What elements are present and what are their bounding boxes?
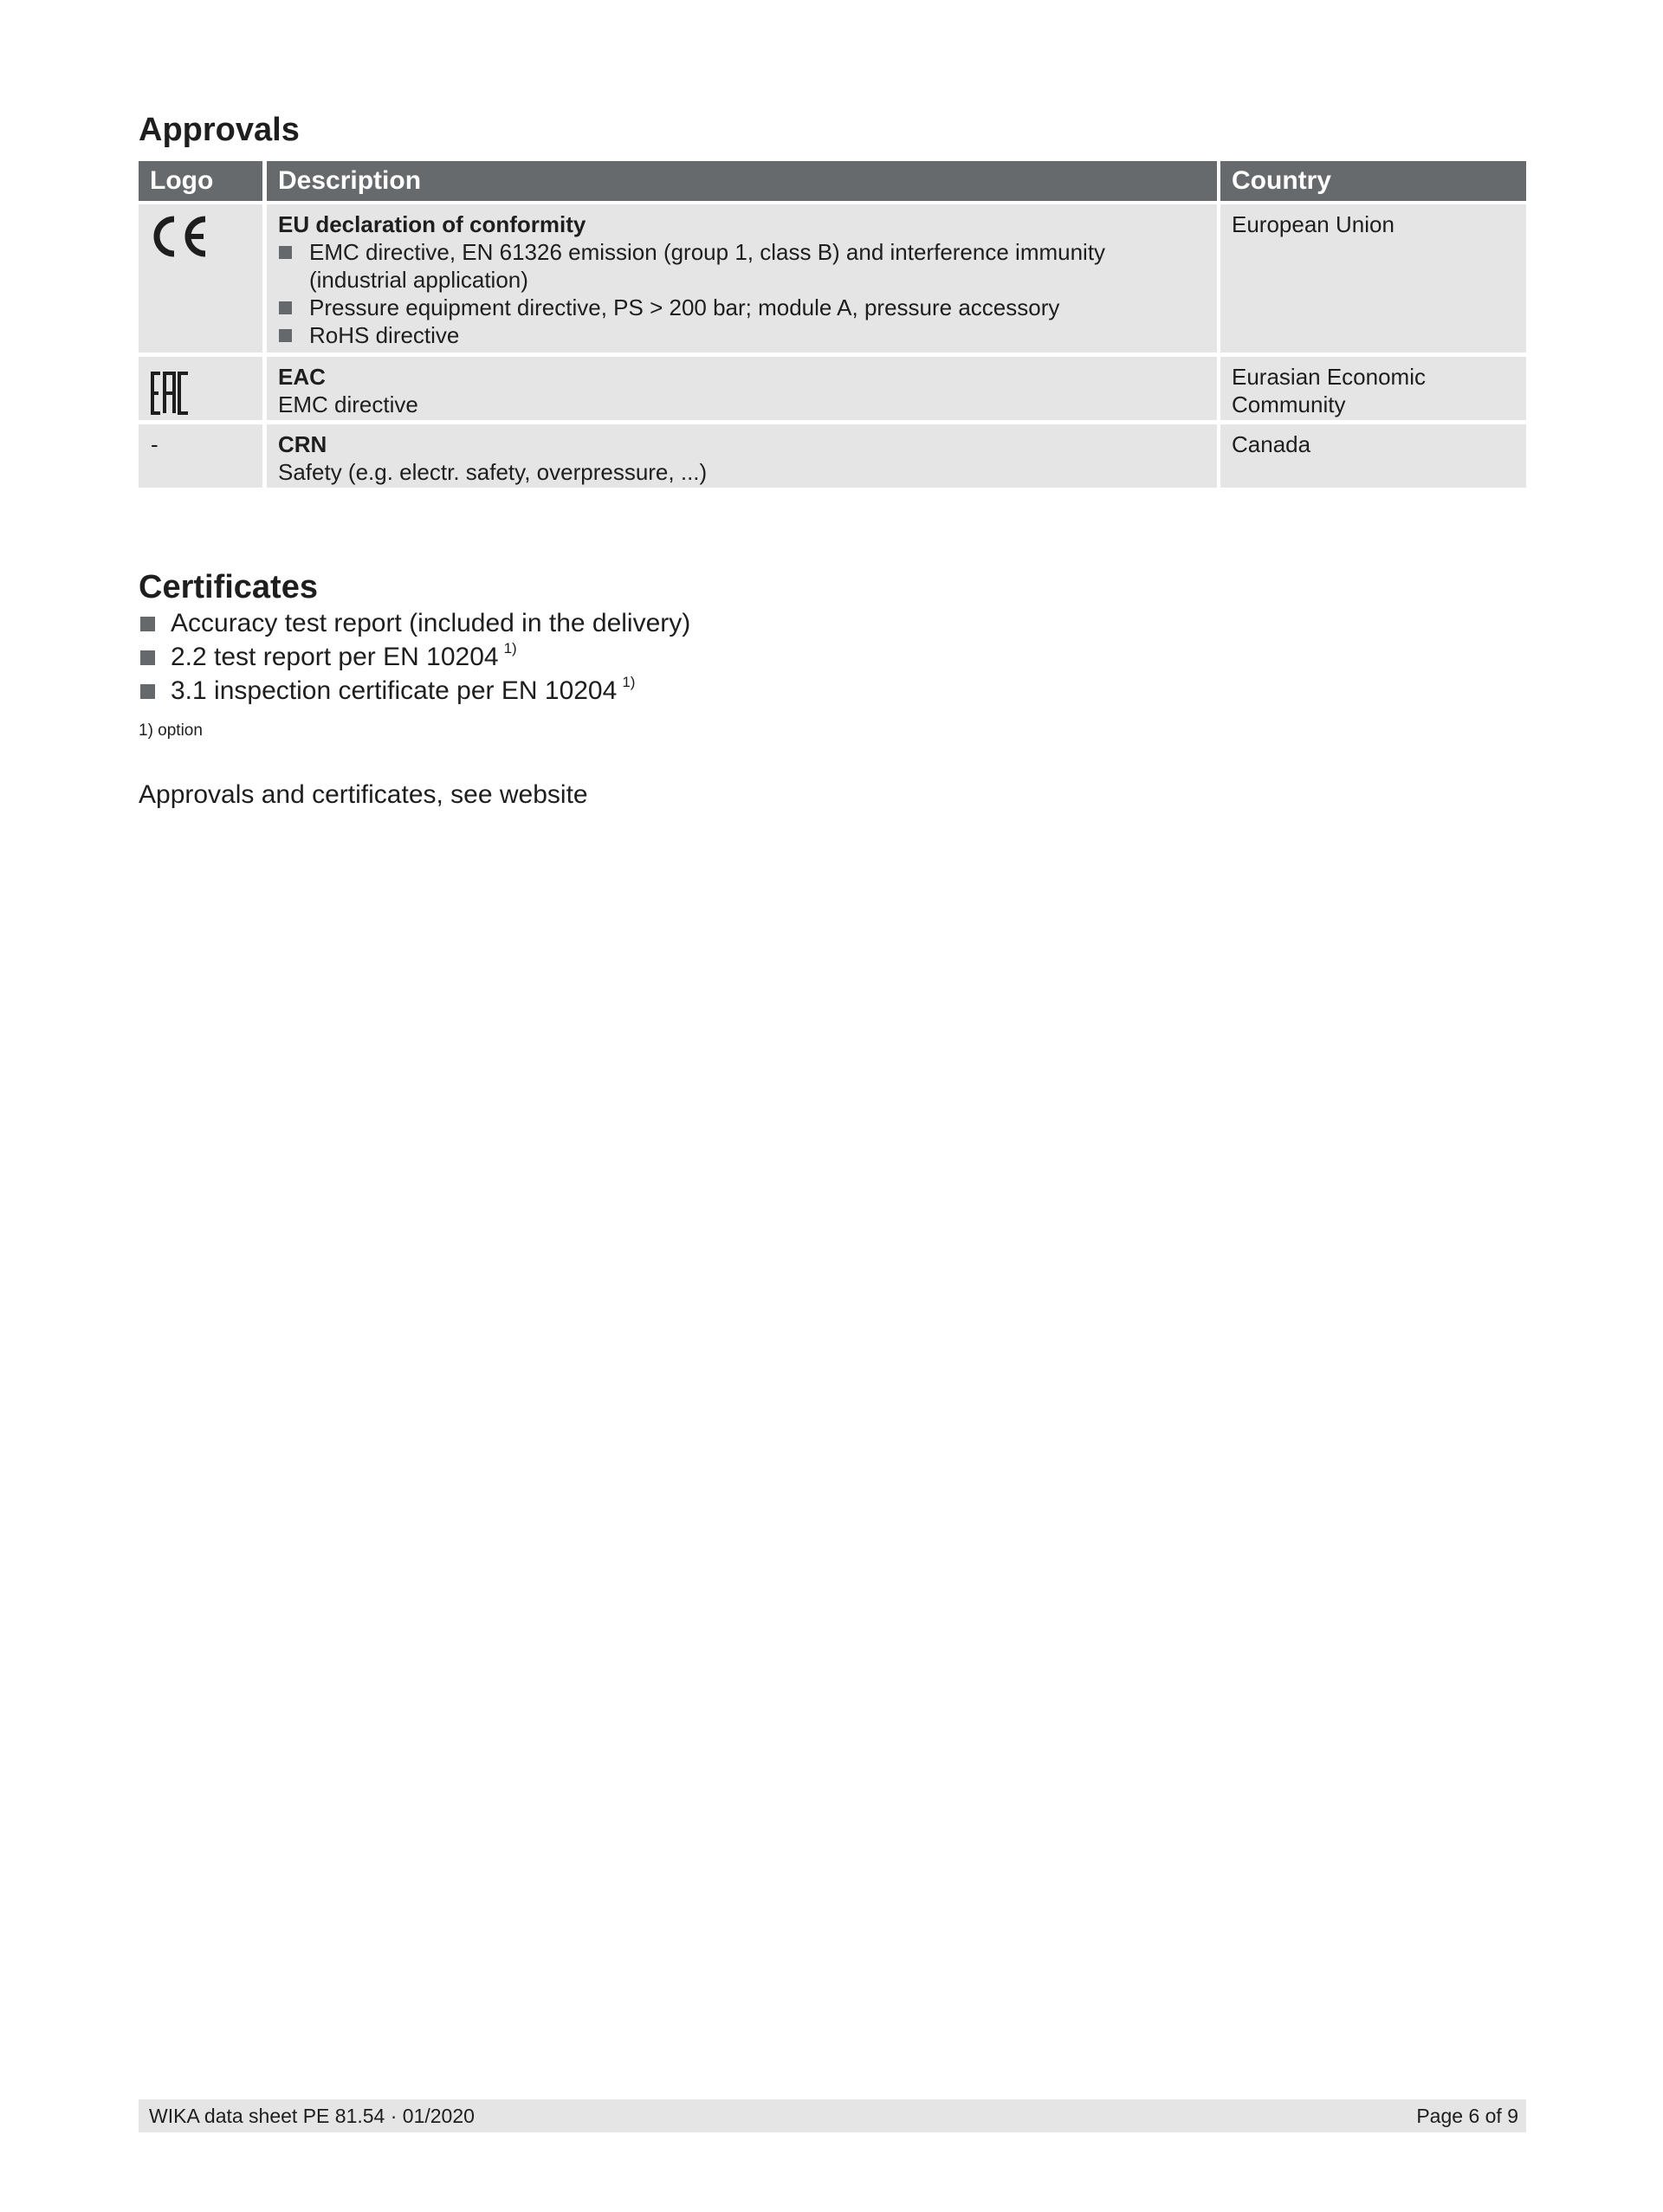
column-header-description: Description: [267, 161, 1217, 201]
ce-mark-icon: [150, 210, 250, 264]
logo-cell: [139, 204, 262, 352]
column-header-country: Country: [1220, 161, 1526, 201]
footnote-ref: 1): [504, 640, 517, 656]
description-cell: EAC EMC directive: [267, 357, 1217, 420]
bullet-square-icon: [140, 684, 155, 699]
country-cell: European Union: [1220, 204, 1526, 352]
approval-text: Safety (e.g. electr. safety, overpressur…: [278, 458, 1205, 486]
list-item: Accuracy test report (included in the de…: [139, 606, 690, 640]
list-item: EMC directive, EN 61326 emission (group …: [278, 238, 1205, 294]
page-footer: WIKA data sheet PE 81.54 · 01/2020 Page …: [139, 2099, 1526, 2132]
list-item: Pressure equipment directive, PS > 200 b…: [278, 294, 1205, 321]
footer-page-number: Page 6 of 9: [1416, 2105, 1518, 2128]
description-cell: CRN Safety (e.g. electr. safety, overpre…: [267, 424, 1217, 488]
bullet-square-icon: [279, 329, 292, 342]
approval-title: EAC: [278, 363, 1205, 391]
bullet-square-icon: [140, 650, 155, 665]
footer-document-id: WIKA data sheet PE 81.54 · 01/2020: [149, 2105, 475, 2128]
bullet-square-icon: [279, 301, 292, 314]
footnote-ref: 1): [622, 674, 635, 690]
certificates-heading: Certificates: [139, 568, 318, 606]
see-website-note: Approvals and certificates, see website: [139, 779, 588, 811]
list-item: 2.2 test report per EN 102041): [139, 640, 690, 674]
column-header-logo: Logo: [139, 161, 262, 201]
approval-text: EMC directive: [278, 391, 1205, 418]
country-cell: Canada: [1220, 424, 1526, 488]
certificates-list: Accuracy test report (included in the de…: [139, 606, 690, 708]
approvals-table: Logo Description Country EU declaration …: [139, 161, 1526, 488]
table-header-row: Logo Description Country: [139, 161, 1526, 201]
description-cell: EU declaration of conformity EMC directi…: [267, 204, 1217, 352]
list-item: 3.1 inspection certificate per EN 102041…: [139, 674, 690, 708]
table-row: EU declaration of conformity EMC directi…: [139, 204, 1526, 352]
country-cell: Eurasian Economic Community: [1220, 357, 1526, 420]
eac-mark-icon: [150, 363, 250, 415]
logo-cell: [139, 357, 262, 420]
bullet-square-icon: [279, 246, 292, 259]
logo-cell: -: [139, 424, 262, 488]
approval-bullet-list: EMC directive, EN 61326 emission (group …: [278, 238, 1205, 349]
no-logo-dash: -: [150, 430, 250, 458]
list-item: RoHS directive: [278, 321, 1205, 349]
bullet-square-icon: [140, 617, 155, 631]
approvals-heading: Approvals: [139, 111, 300, 149]
table-row: EAC EMC directive Eurasian Economic Comm…: [139, 357, 1526, 420]
table-row: - CRN Safety (e.g. electr. safety, overp…: [139, 424, 1526, 488]
approval-title: CRN: [278, 430, 1205, 458]
approval-title: EU declaration of conformity: [278, 210, 1205, 238]
footnote: 1) option: [139, 721, 203, 741]
